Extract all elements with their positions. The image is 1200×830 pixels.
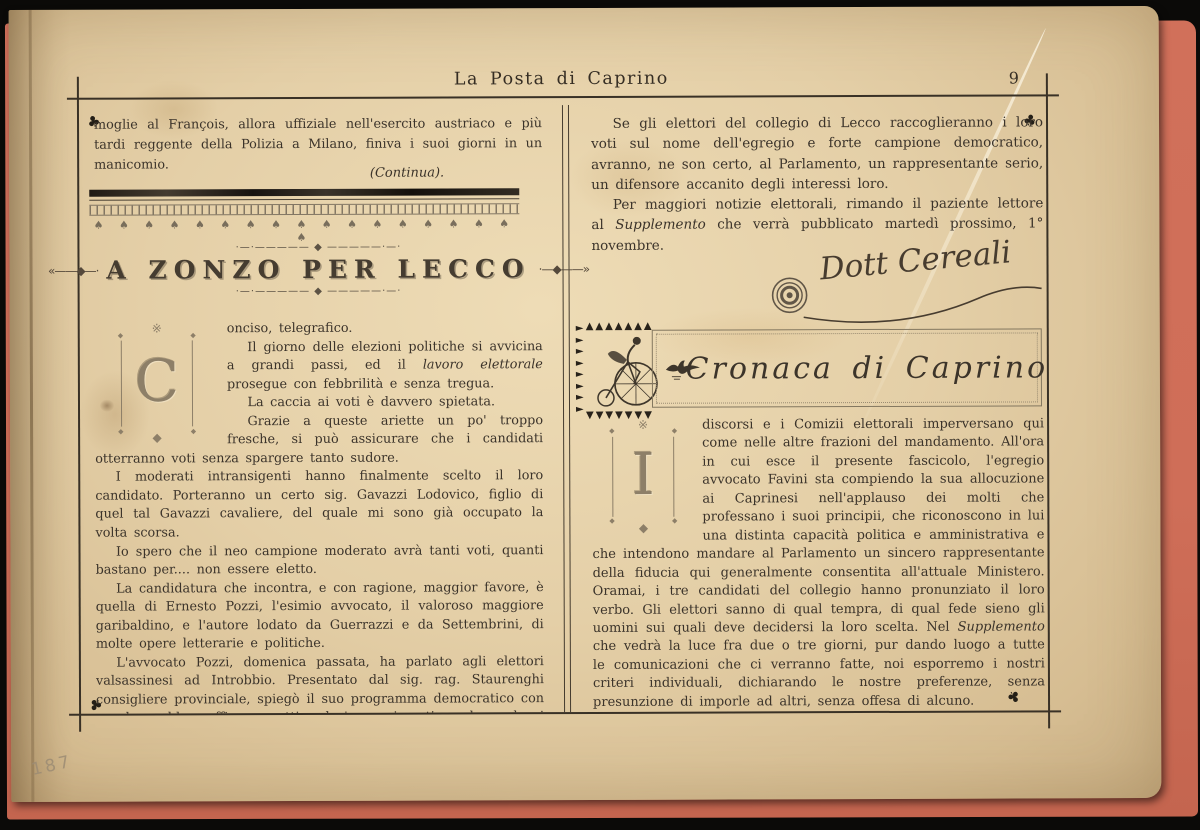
flourish-icon: «——◆—·	[48, 263, 98, 277]
diamond-icon: ◆	[609, 427, 614, 437]
column-divider-rule	[562, 105, 565, 712]
dropcap-rail	[121, 341, 122, 427]
frame-rule-right	[1046, 73, 1050, 728]
scanned-newspaper-photo: { "header": { "title": "La Posta di Capr…	[0, 0, 1200, 830]
article-paragraph: Io spero che il neo campione moderato av…	[95, 542, 543, 581]
flourish-icon: ◆	[639, 520, 648, 537]
article-paragraph: L'avvocato Pozzi, domenica passata, ha p…	[96, 653, 544, 714]
page-number: 9	[994, 68, 1034, 87]
article-paragraph: Se gli elettori del collegio di Lecco ra…	[591, 112, 1043, 195]
separator-line	[89, 198, 519, 201]
dropcap-letter: I	[632, 433, 655, 515]
diamond-icon: ◆	[609, 517, 614, 527]
greek-key-border	[89, 203, 519, 216]
flourish-icon: ·—·————— ◆ —————·—·	[95, 285, 543, 298]
newspaper-page: La Posta di Caprino 9 ♣ ♣ ♣ ♣ moglie al …	[9, 6, 1162, 802]
diamond-icon: ◆	[672, 517, 677, 527]
dropcap-rail	[612, 437, 613, 517]
binding-gutter-shadow	[9, 10, 74, 802]
dropcap-rail	[673, 437, 674, 517]
right-column-top: Se gli elettori del collegio di Lecco ra…	[591, 112, 1043, 255]
flourish-icon: ◆	[152, 429, 161, 446]
article-paragraph: I moderati intransigenti hanno finalment…	[95, 468, 543, 544]
flourish-icon: ·—◆——»	[539, 261, 589, 275]
diamond-icon: ◆	[672, 427, 677, 437]
frame-rule-top	[67, 94, 1059, 99]
diamond-icon: ◆	[118, 426, 123, 436]
flourish-icon: ※	[638, 417, 648, 434]
triangle-border-icon: ►►►►►►►►	[576, 323, 588, 415]
column-divider-rule	[568, 105, 571, 712]
right-article-body: ※ ◆ ◆ ◆ ◆ I ◆ discorsi e i Comizii elett…	[592, 415, 1045, 713]
left-article-body: ※ ◆ ◆ ◆ ◆ C ◆ onciso, telegrafico. Il gi…	[95, 319, 544, 714]
article-headline-block: ·—·————— ◆ —————·—· «——◆—· A ZONZO PER L…	[94, 241, 542, 298]
separator-bar	[89, 188, 519, 197]
ornate-dropcap-i: ※ ◆ ◆ ◆ ◆ I ◆	[592, 419, 694, 535]
frame-rule-left	[77, 77, 81, 732]
diamond-icon: ◆	[190, 330, 195, 340]
diamond-icon: ◆	[118, 331, 123, 341]
ornate-dropcap-c: ※ ◆ ◆ ◆ ◆ C ◆	[95, 322, 219, 444]
diamond-icon: ◆	[191, 426, 196, 436]
triangle-border-icon: ▲▲▲▲▲▲▲	[586, 321, 654, 332]
flourish-icon: ※	[152, 320, 162, 337]
headline-a-zonzo-per-lecco: A ZONZO PER LECCO	[106, 254, 530, 284]
continua-note: (Continua).	[94, 165, 542, 182]
masthead-title: La Posta di Caprino	[77, 67, 1046, 90]
article-paragraph: La candidatura che incontra, e con ragio…	[96, 579, 544, 655]
flourish-icon: ·—·————— ◆ —————·—·	[94, 241, 542, 254]
cronaca-header-frame: Cronaca di Caprino	[652, 328, 1042, 407]
dropcap-rail	[192, 340, 193, 426]
dropcap-letter: C	[135, 339, 180, 423]
cronaca-di-caprino-title: Cronaca di Caprino	[646, 350, 1049, 386]
